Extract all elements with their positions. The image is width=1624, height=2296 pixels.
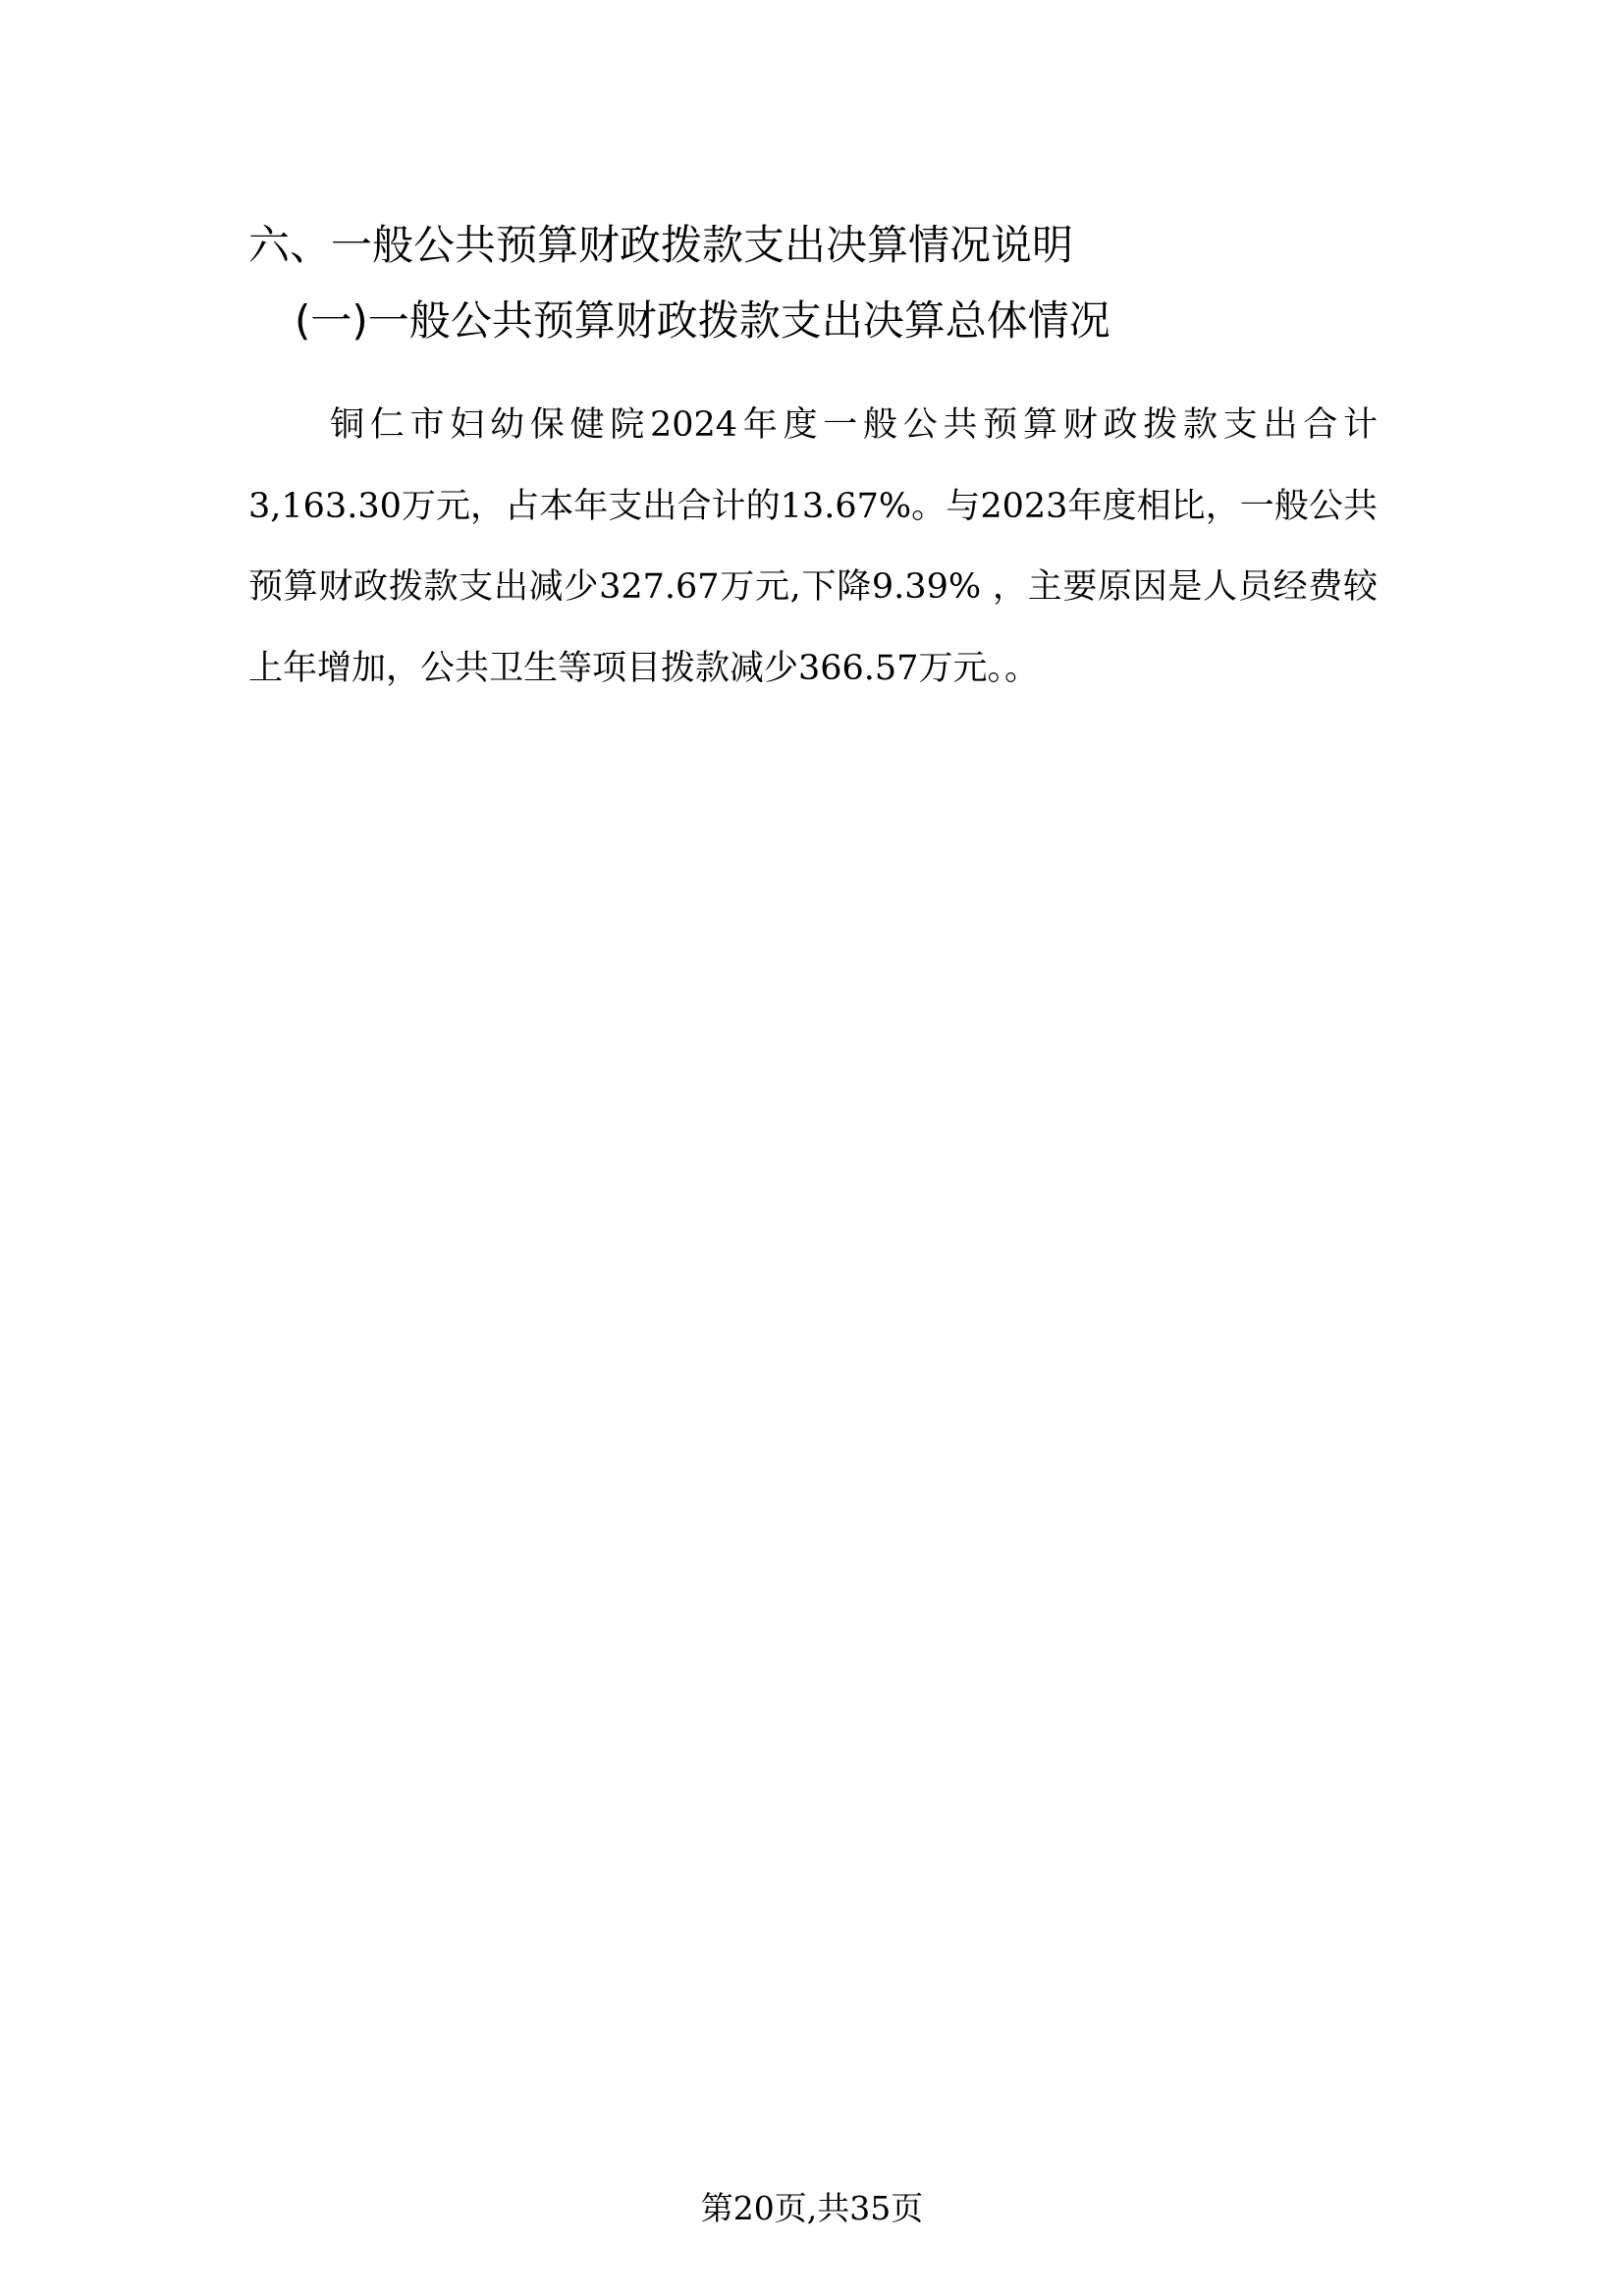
document-page: 六、一般公共预算财政拨款支出决算情况说明 (一)一般公共预算财政拨款支出决算总体… xyxy=(0,0,1624,2296)
page-number-footer: 第20页,共35页 xyxy=(0,2187,1624,2230)
subsection-heading: (一)一般公共预算财政拨款支出决算总体情况 xyxy=(295,294,1110,348)
section-heading: 六、一般公共预算财政拨款支出决算情况说明 xyxy=(248,218,1073,273)
body-paragraph: 铜仁市妇幼保健院2024年度一般公共预算财政拨款支出合计3,163.30万元，占… xyxy=(248,385,1378,709)
